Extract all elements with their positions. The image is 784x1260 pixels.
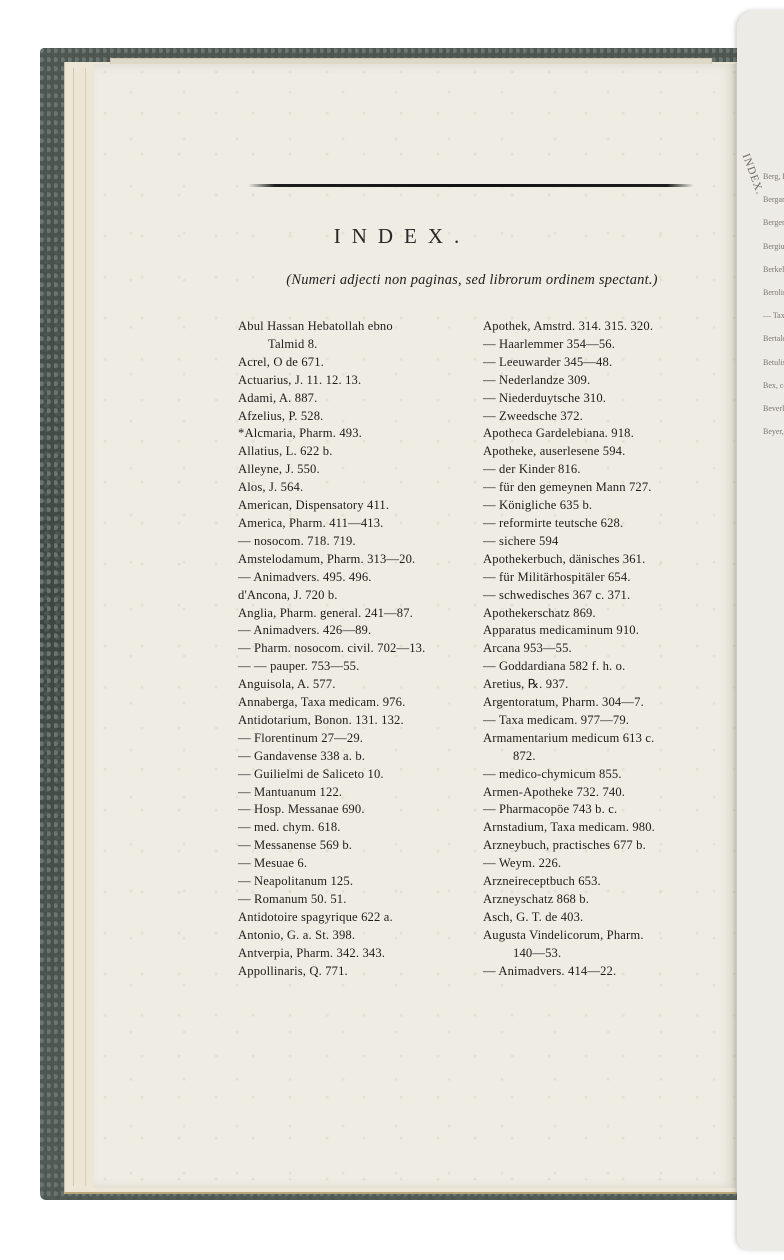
next-page-fragment: Betulis, (743, 356, 784, 369)
index-entry: — Goddardiana 582 f. h. o. (483, 658, 733, 676)
index-entry: — Nederlandze 309. (483, 372, 733, 390)
index-column-right: Apothek, Amstrd. 314. 315. 320.— Haarlem… (483, 318, 733, 981)
index-entry: — Haarlemmer 354—56. (483, 336, 733, 354)
index-entry: Augusta Vindelicorum, Pharm. (483, 927, 733, 945)
index-entry: Argentoratum, Pharm. 304—7. (483, 694, 733, 712)
decorative-rule (248, 184, 694, 187)
index-entry: Anguisola, A. 577. (238, 676, 478, 694)
index-entry: Adami, A. 887. (238, 390, 478, 408)
index-entry: — Hosp. Messanae 690. (238, 801, 478, 819)
index-entry: Apparatus medicaminum 910. (483, 622, 733, 640)
index-entry: — Animadvers. 495. 496. (238, 569, 478, 587)
index-entry: — Guilielmi de Saliceto 10. (238, 766, 478, 784)
index-entry: Arnstadium, Taxa medicam. 980. (483, 819, 733, 837)
index-entry: — Pharmacopöe 743 b. c. (483, 801, 733, 819)
index-entry: American, Dispensatory 411. (238, 497, 478, 515)
index-entry: Apotheke, auserlesene 594. (483, 443, 733, 461)
index-entry: Arcana 953—55. (483, 640, 733, 658)
index-entry: Apothek, Amstrd. 314. 315. 320. (483, 318, 733, 336)
index-entry: *Alcmaria, Pharm. 493. (238, 425, 478, 443)
index-entry: Alleyne, J. 550. (238, 461, 478, 479)
next-page-fragment: Bergama (743, 193, 784, 206)
next-page-fragment: — Taxa (743, 309, 784, 322)
index-entry: — Königliche 635 b. (483, 497, 733, 515)
index-entry: — sichere 594 (483, 533, 733, 551)
index-entry: Apothekerbuch, dänisches 361. (483, 551, 733, 569)
next-page-fragment: Beverley, (743, 402, 784, 415)
index-entry: Antverpia, Pharm. 342. 343. (238, 945, 478, 963)
index-entry: — Taxa medicam. 977—79. (483, 712, 733, 730)
next-page-fragment: Bex, co (743, 379, 784, 392)
index-entry: — schwedisches 367 c. 371. (483, 587, 733, 605)
index-entry: Acrel, O de 671. (238, 354, 478, 372)
index-entry: — Mantuanum 122. (238, 784, 478, 802)
index-entry: Antidotoire spagyrique 622 a. (238, 909, 478, 927)
index-entry: Afzelius, P. 528. (238, 408, 478, 426)
index-entry: Arzneyschatz 868 b. (483, 891, 733, 909)
index-entry: — Zweedsche 372. (483, 408, 733, 426)
index-entry: — Neapolitanum 125. (238, 873, 478, 891)
index-entry: Armamentarium medicum 613 c. (483, 730, 733, 748)
index-entry: 140—53. (483, 945, 733, 963)
next-page-fragment: Berkeley (743, 263, 784, 276)
index-entry: — — pauper. 753—55. (238, 658, 478, 676)
index-entry: — Gandavense 338 a. b. (238, 748, 478, 766)
index-entry: Arzneybuch, practisches 677 b. (483, 837, 733, 855)
index-entry: — Pharm. nosocom. civil. 702—13. (238, 640, 478, 658)
index-entry: Arzneireceptbuch 653. (483, 873, 733, 891)
index-entry: Apotheca Gardelebiana. 918. (483, 425, 733, 443)
index-entry: — nosocom. 718. 719. (238, 533, 478, 551)
page-title: INDEX. (0, 224, 784, 249)
index-entry: — Weym. 226. (483, 855, 733, 873)
index-entry: Talmid 8. (238, 336, 478, 354)
next-page-fragment: Bertaldi (743, 332, 784, 345)
index-entry: Apothekerschatz 869. (483, 605, 733, 623)
index-entry: America, Pharm. 411—413. (238, 515, 478, 533)
index-entry: Allatius, L. 622 b. (238, 443, 478, 461)
index-entry: — für Militärhospitäler 654. (483, 569, 733, 587)
index-entry: — reformirte teutsche 628. (483, 515, 733, 533)
index-entry: 872. (483, 748, 733, 766)
index-entry: Armen-Apotheke 732. 740. (483, 784, 733, 802)
next-page-fragments: Berg, L.BergamaBergen,BergiusBerkeleyBer… (743, 170, 784, 448)
index-entry: — med. chym. 618. (238, 819, 478, 837)
next-page-fragment: Berolinum (743, 286, 784, 299)
index-entry: — Leeuwarder 345—48. (483, 354, 733, 372)
index-entry: Anglia, Pharm. general. 241—87. (238, 605, 478, 623)
index-entry: — Niederduytsche 310. (483, 390, 733, 408)
index-entry: — medico-chymicum 855. (483, 766, 733, 784)
index-entry: — für den gemeynen Mann 727. (483, 479, 733, 497)
index-entry: Alos, J. 564. (238, 479, 478, 497)
index-entry: Asch, G. T. de 403. (483, 909, 733, 927)
index-entry: Annaberga, Taxa medicam. 976. (238, 694, 478, 712)
index-entry: — Mesuae 6. (238, 855, 478, 873)
index-entry: — Animadvers. 414—22. (483, 963, 733, 981)
index-entry: Antonio, G. a. St. 398. (238, 927, 478, 945)
page-subtitle: (Numeri adjecti non paginas, sed libroru… (232, 272, 712, 289)
index-entry: Aretius, ℞. 937. (483, 676, 733, 694)
index-entry: — Messanense 569 b. (238, 837, 478, 855)
index-entry: — Animadvers. 426—89. (238, 622, 478, 640)
index-entry: Antidotarium, Bonon. 131. 132. (238, 712, 478, 730)
index-entry: Amstelodamum, Pharm. 313—20. (238, 551, 478, 569)
next-page-fragment: Bergius (743, 240, 784, 253)
index-entry: Appollinaris, Q. 771. (238, 963, 478, 981)
index-entry: d'Ancona, J. 720 b. (238, 587, 478, 605)
next-page-edge: INDEX. Berg, L.BergamaBergen,BergiusBerk… (737, 10, 784, 1250)
index-entry: — der Kinder 816. (483, 461, 733, 479)
index-entry: Actuarius, J. 11. 12. 13. (238, 372, 478, 390)
index-entry: Abul Hassan Hebatollah ebno (238, 318, 478, 336)
next-page-fragment: Berg, L. (743, 170, 784, 183)
index-entry: — Florentinum 27—29. (238, 730, 478, 748)
next-page-fragment: Bergen, (743, 216, 784, 229)
next-page-fragment: Beyer, J. (743, 425, 784, 438)
index-column-left: Abul Hassan Hebatollah ebnoTalmid 8.Acre… (238, 318, 478, 981)
index-entry: — Romanum 50. 51. (238, 891, 478, 909)
